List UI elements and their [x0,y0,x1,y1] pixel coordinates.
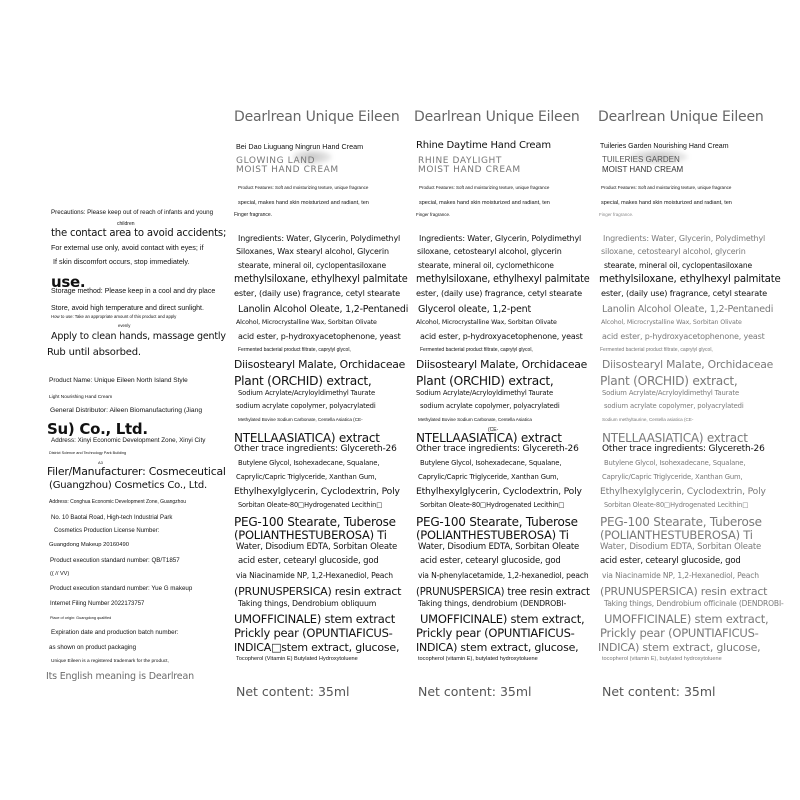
ingredient-line: via Niacinamide NP, 1,2-Hexanediol, Peac… [602,572,759,580]
ingredient-line: Diisostearyl Malate, Orchidaceae [234,360,405,371]
ingredient-line: via N-phenylacetamide, 1,2-hexanediol, p… [418,572,589,580]
product-name-line: Light Nourishing Hand Cream [49,396,112,401]
storage-line: Storage method: Please keep in a cool an… [51,288,215,295]
ingredient-line: tocopherol (vitamin E), butylated hydrox… [418,657,538,663]
ingredient-line: Methylated Bovine Sodium Carbonate, Cent… [238,418,363,423]
product-label-2: Dearlrean Unique Eileen Rhine Daytime Ha… [414,0,594,800]
product-name-line: Product Name: Unique Eileen North Island… [49,378,188,385]
ingredient-line: via Niacinamide NP, 1,2-Hexanediol, Peac… [236,572,393,580]
storage-line: Store, avoid high temperature and direct… [51,305,204,312]
trademark-line: Its English meaning is Dearlrean [46,672,194,682]
ingredient-line: Sodium methyltaurine, Centella asiatica … [602,418,693,423]
precautions-line: If skin discomfort occurs, stop immediat… [53,258,189,265]
license-line: Cosmetics Production License Number: [54,528,159,534]
standard-line: Product execution standard number: QB/T1… [50,558,180,564]
ingredient-line: PEG-100 Stearate, Tuberose [416,516,578,528]
ingredient-line: PEG-100 Stearate, Tuberose [234,516,396,528]
ingredients-block: Ingredients: Water, Glycerin, Polydimeth… [598,0,788,800]
ingredient-line: acid ester, p-hydroxyacetophenone, yeast [420,333,583,341]
ingredient-line: Taking things, Dendrobium officinale (DE… [604,600,784,608]
ingredient-line: stearate, mineral oil, cyclopentasiloxan… [604,262,752,270]
ingredient-line: Ingredients: Water, Glycerin, Polydimeth… [603,235,765,243]
ingredient-line: Ethylhexylglycerin, Cyclodextrin, Poly [234,487,400,496]
ingredient-line: Methylated Bovine Sodium Carbonate, Cent… [418,418,532,423]
address-line: Address: Conghua Economic Development Zo… [49,500,186,505]
ingredient-line: Taking things, Dendrobium obliquum [238,600,376,608]
ingredient-line: Plant (ORCHID) extract, [600,375,738,387]
ingredient-line: Diisostearyl Malate, Orchidaceae [416,360,587,371]
ingredient-line: Sorbitan Oleate-80□Hydrogenated Lecithin… [420,502,564,509]
ingredient-line: INDICA□stem extract, glucose, [234,642,399,653]
net-content: Net content: 35ml [236,686,350,699]
ingredient-line: sodium acrylate copolymer, polyacrylated… [420,403,560,410]
ingredient-line: Ingredients: Water, Glycerin, Polydimeth… [238,235,400,243]
license-line: Guangdong Makeup 20160490 [49,543,129,549]
ingredient-line: INDICA) stem extract, glucose, [416,642,578,653]
usage-line: evenly [118,324,130,328]
ingredient-line: Ethylhexylglycerin, Cyclodextrin, Poly [600,487,766,496]
address-line: District Science and Technology Park Bui… [49,452,126,456]
net-content: Net content: 35ml [418,686,532,699]
address-line: No. 10 Baotai Road, High-tech Industrial… [51,515,172,521]
ingredient-line: ester, (daily use) fragrance, cetyl stea… [234,289,400,297]
expiration-line: as shown on product packaging [49,645,136,651]
ingredient-line: Ethylhexylglycerin, Cyclodextrin, Poly [416,487,582,496]
ingredient-line: PEG-100 Stearate, Tuberose [600,516,762,528]
ingredient-line: Diisostearyl Malate, Orchidaceae [602,360,773,371]
ingredient-line: tocopherol (vitamin E), butylated hydrox… [602,657,722,663]
ingredient-line: sodium acrylate copolymer, polyacrylated… [236,403,376,410]
precautions-line: For external use only, avoid contact wit… [51,244,203,251]
ingredient-line: Water, Disodium EDTA, Sorbitan Oleate [418,543,579,552]
ingredient-line: UMOFFICINALE) stem extract, [604,614,768,626]
filing-line: Internet Filing Number 2022173757 [50,601,144,607]
ingredient-line: acid ester, p-hydroxyacetophenone, yeast [238,333,401,341]
ingredient-line: Water, Disodium EDTA, Sorbitan Oleate [236,543,397,552]
expiration-line: Expiration date and production batch num… [51,630,178,636]
ingredient-line: (PRUNUSPERSICA) tree resin extract [416,586,590,597]
ingredient-line: NTELLAASIATICA) extract [234,432,380,444]
ingredient-line: (POLIANTHESTUBEROSA) Ti [416,530,569,542]
ingredient-line: methylsiloxane, ethylhexyl palmitate [234,275,408,285]
ingredient-line: Prickly pear (OPUNTIAFICUS- [416,628,575,640]
ingredient-line: methylsiloxane, ethylhexyl palmitate [599,275,781,285]
ingredient-line: Lanolin Alcohol Oleate, 1,2-Pentanedi [602,305,773,315]
ingredient-line: (POLIANTHESTUBEROSA) Ti [600,530,753,542]
ingredient-line: Alcohol, Microcrystalline Wax, Sorbitan … [236,320,377,326]
ingredient-line: Siloxanes, Wax stearyl alcohol, Glycerin [236,248,389,256]
ingredient-line: Fermented bacterial product filtrate, ca… [238,348,351,353]
ingredient-line: INDICA) stem extract, glucose, [598,642,760,653]
ingredient-line: acid ester, cetearyl glucoside, god [420,557,561,566]
ingredient-line: Plant (ORCHID) extract, [416,375,554,387]
ingredient-line: Plant (ORCHID) extract, [234,375,372,387]
address-line: Address: Xinyi Economic Development Zone… [51,438,205,444]
ingredient-line: Butylene Glycol, Isohexadecane, Squalane… [604,460,745,467]
ingredient-line: Lanolin Alcohol Oleate, 1,2-Pentanedi [238,305,408,315]
precautions-line: the contact area to avoid accidents; [51,228,226,239]
ingredient-line: Sorbitan Oleate-80□Hydrogenated Lecithin… [238,502,382,509]
ingredient-line: Butylene Glycol, Isohexadecane, Squalane… [238,460,379,467]
ingredient-line: Butylene Glycol, Isohexadecane, Squalane… [420,460,561,467]
usage-line: Rub until absorbed. [47,348,141,358]
ingredient-line: (PRUNUSPERSICA) resin extract [234,586,401,597]
ingredient-line: Sodium Acrylate/Acryloyldimethyl Taurate [238,390,375,397]
usage-line: How to use: Take an appropriate amount o… [51,315,176,319]
ingredients-block: Ingredients: Water, Glycerin, Polydimeth… [232,0,412,800]
ingredient-line: siloxane, cetostearyl alcohol, glycerin [417,248,562,256]
ingredient-line: (PRUNUSPERSICA) resin extract [600,586,767,597]
product-label-3: Dearlrean Unique Eileen Tuileries Garden… [598,0,788,800]
left-info-column: Precautions: Please keep out of reach of… [0,0,228,800]
ingredient-line: methylsiloxane, ethylhexyl palmitate [416,275,590,285]
ingredient-line: Sodium Acrylate/Acryloyldimethyl Taurate [602,390,739,397]
ingredient-line: acid ester, cetearyl glucoside, god [600,557,741,566]
ingredient-line: Alcohol, Microcrystalline Wax, Sorbitan … [601,320,742,326]
ingredient-line: Taking things, dendrobium (DENDROBI- [418,600,566,608]
ingredient-line: Fermented bacterial product filtrate, ca… [600,348,713,353]
ingredient-line: acid ester, cetearyl glucoside, god [238,557,379,566]
ingredient-line: ester, (daily use) fragrance, cetyl stea… [416,289,582,297]
manufacturer-line: (Guangzhou) Cosmetics Co., Ltd. [49,481,207,491]
ingredient-line: Water, Disodium EDTA, Sorbitan Oleate [600,543,761,552]
ingredient-line: stearate, mineral oil, cyclopentasiloxan… [238,262,386,270]
ingredient-line: (POLIANTHESTUBEROSA) Ti [234,530,387,542]
product-label-1: Dearlrean Unique Eileen Bei Dao Liuguang… [232,0,412,800]
ingredient-line: Other trace ingredients: Glycereth-26 [234,445,397,454]
trademark-line: Unique Eileen is a registered trademark … [51,660,169,665]
ingredient-line: Sorbitan Oleate-80□Hydrogenated Lecithin… [604,502,748,509]
ingredients-block: Ingredients: Water, Glycerin, Polydimeth… [414,0,594,800]
ingredient-line: NTELLAASIATICA) extract [602,432,748,444]
ingredient-line: Ingredients: Water, Glycerin, Polydimeth… [419,235,581,243]
origin-line: Place of origin: Guangdong qualified [50,617,111,621]
ingredient-line: Caprylic/Capric Triglyceride, Xanthan Gu… [418,474,559,481]
net-content: Net content: 35ml [602,686,716,699]
ingredient-line: Alcohol, Microcrystalline Wax, Sorbitan … [416,320,557,326]
distributor-line: General Distributor: Aileen Biomanufactu… [50,408,202,415]
ingredient-line: Sodium Acrylate/Acryloyldimethyl Taurate [416,390,553,397]
precautions-line: Precautions: Please keep out of reach of… [51,210,213,216]
ingredient-line: Caprylic/Capric Triglyceride, Xanthan Gu… [236,474,377,481]
ingredient-line: stearate, mineral oil, cyclomethicone [418,262,554,270]
ingredient-line: Fermented bacterial product filtrate, ca… [420,348,533,353]
ingredient-line: Other trace ingredients: Glycereth-26 [602,445,765,454]
ingredient-line: Prickly pear (OPUNTIAFICUS- [600,628,759,640]
distributor-line: Su) Co., Ltd. [47,422,148,437]
ingredient-line: UMOFFICINALE) stem extract, [420,614,584,626]
ingredient-line: UMOFFICINALE) stem extract [234,614,395,626]
ingredient-line: Caprylic/Capric Triglyceride, Xanthan Gu… [602,474,743,481]
ingredient-line: sodium acrylate copolymer, polyacrylated… [604,403,744,410]
ingredient-line: ester, (daily use) fragrance, cetyl stea… [601,289,767,297]
ingredient-line: NTELLAASIATICA) extract [416,432,562,444]
ingredient-line: Other trace ingredients: Glycereth-26 [416,445,579,454]
ingredient-line: acid ester, p-hydroxyacetophenone, yeast [602,333,765,341]
standard-line: Product execution standard number: Yue G… [50,586,192,592]
manufacturer-line: Filer/Manufacturer: Cosmeceutical [47,466,226,477]
ingredient-line: Glycerol oleate, 1,2-pent [418,305,531,315]
ingredient-line: siloxane, cetostearyl alcohol, glycerin [601,248,746,256]
standard-line: (( // VV) [50,572,69,578]
ingredient-line: Prickly pear (OPUNTIAFICUS- [234,628,393,640]
usage-line: Apply to clean hands, massage gently [51,332,226,342]
ingredient-line: Tocopherol (Vitamin E) Butylated Hydroxy… [236,657,358,663]
